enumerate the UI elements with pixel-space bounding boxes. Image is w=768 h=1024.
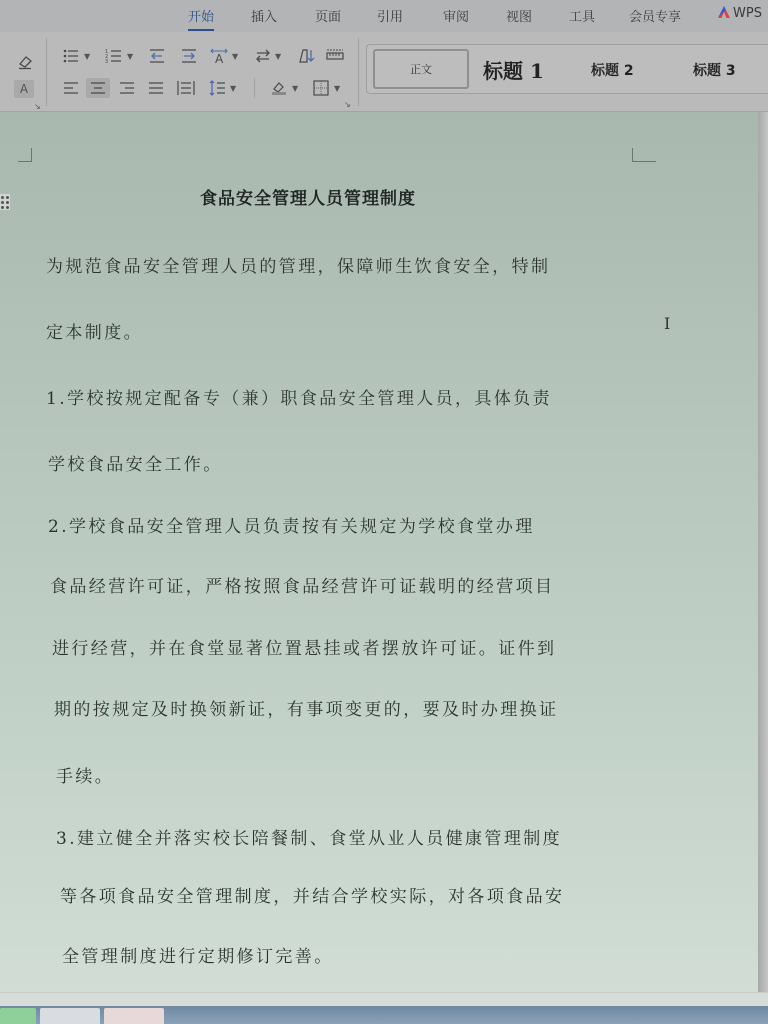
sort-icon [298, 48, 316, 64]
increase-indent-button[interactable] [178, 46, 200, 66]
page-edge-shadow [758, 112, 768, 992]
decrease-indent-button[interactable] [146, 46, 168, 66]
align-center-button[interactable] [86, 78, 110, 98]
justify-button[interactable] [145, 78, 167, 98]
align-justify-icon [147, 80, 165, 96]
style-heading-2[interactable]: 标题 2 [591, 60, 634, 80]
tab-review[interactable]: 审阅 [443, 6, 469, 25]
home-toolbar: A ↘ ▼ 123 ▼ A ▼ ▼ ▼ [0, 32, 768, 112]
document-line: 为规范食品安全管理人员的管理，保障师生饮食安全，特制 [46, 252, 550, 277]
document-line: 进行经营，并在食堂显著位置悬挂或者摆放许可证。证件到 [52, 634, 556, 659]
borders-dropdown-icon[interactable]: ▼ [334, 84, 340, 93]
border-icon [312, 80, 330, 96]
document-line: 学校食品安全工作。 [48, 450, 223, 475]
document-line: 3.建立健全并落实校长陪餐制、食堂从业人员健康管理制度 [56, 824, 562, 849]
distributed-button[interactable] [175, 78, 197, 98]
line-spacing-button[interactable] [206, 78, 228, 98]
character-spacing-dropdown-icon[interactable]: ▼ [232, 52, 238, 61]
font-group-launcher-icon[interactable]: ↘ [34, 102, 41, 111]
numbered-list-icon: 123 [105, 48, 123, 64]
tab-insert[interactable]: 插入 [251, 6, 277, 25]
character-spacing-icon: A [210, 48, 228, 64]
tab-home[interactable]: 开始 [188, 6, 214, 25]
bullets-button[interactable] [60, 46, 82, 66]
paragraph-drag-handle-icon[interactable] [0, 194, 10, 210]
document-title: 食品安全管理人员管理制度 [200, 184, 416, 209]
document-page[interactable]: 食品安全管理人员管理制度 为规范食品安全管理人员的管理，保障师生饮食安全，特制定… [0, 112, 758, 992]
align-right-icon [118, 80, 136, 96]
document-area: 食品安全管理人员管理制度 为规范食品安全管理人员的管理，保障师生饮食安全，特制定… [0, 112, 768, 992]
tab-member[interactable]: 会员专享 [629, 6, 681, 25]
ruler-icon [326, 48, 344, 64]
document-line: 1.学校按规定配备专（兼）职食品安全管理人员，具体负责 [46, 384, 552, 409]
character-shading-button[interactable]: A [14, 80, 34, 98]
align-right-button[interactable] [116, 78, 138, 98]
align-center-icon [89, 80, 107, 96]
paragraph-shading-button[interactable] [268, 78, 290, 98]
paragraph-group-launcher-icon[interactable]: ↘ [344, 100, 351, 109]
bullet-list-icon [62, 48, 80, 64]
tab-wps-label: WPS [733, 6, 762, 21]
taskbar-app-1[interactable] [0, 1008, 36, 1024]
status-bar [0, 992, 768, 1006]
sort-button[interactable] [296, 46, 318, 66]
tab-references[interactable]: 引用 [377, 6, 403, 25]
wps-logo-icon [718, 6, 730, 18]
os-taskbar [0, 1006, 768, 1024]
text-direction-button[interactable] [252, 46, 274, 66]
shading-icon [270, 80, 288, 96]
ribbon-tab-bar: 开始 插入 页面 引用 审阅 视图 工具 会员专享 WPS [0, 0, 768, 32]
style-normal[interactable]: 正文 [373, 49, 469, 89]
borders-button[interactable] [310, 78, 332, 98]
show-ruler-button[interactable] [324, 46, 346, 66]
line-spacing-icon [208, 80, 226, 96]
clear-format-button[interactable] [14, 52, 36, 72]
character-spacing-button[interactable]: A [208, 46, 230, 66]
char-shading-icon: A [20, 82, 28, 96]
document-line: 食品经营许可证，严格按照食品经营许可证载明的经营项目 [50, 572, 554, 597]
tab-page[interactable]: 页面 [315, 6, 341, 25]
text-cursor-icon: I [664, 314, 670, 333]
text-direction-icon [254, 48, 272, 64]
document-line: 定本制度。 [46, 318, 143, 343]
style-heading-1[interactable]: 标题 1 [483, 55, 544, 84]
document-line: 2.学校食品安全管理人员负责按有关规定为学校食堂办理 [48, 512, 535, 537]
shading-dropdown-icon[interactable]: ▼ [292, 84, 298, 93]
document-line: 等各项食品安全管理制度，并结合学校实际，对各项食品安 [60, 882, 564, 907]
line-spacing-dropdown-icon[interactable]: ▼ [230, 84, 236, 93]
svg-text:3: 3 [105, 59, 108, 64]
svg-text:A: A [215, 52, 224, 64]
tab-tools[interactable]: 工具 [569, 6, 595, 25]
align-left-icon [62, 80, 80, 96]
margin-corner-top-left [18, 148, 32, 162]
tab-view[interactable]: 视图 [506, 6, 532, 25]
align-left-button[interactable] [60, 78, 82, 98]
increase-indent-icon [180, 48, 198, 64]
taskbar-app-wps[interactable] [104, 1008, 164, 1024]
tab-wps-ai[interactable]: WPS [718, 6, 762, 21]
toolbar-separator [254, 78, 255, 98]
margin-corner-top-right [632, 148, 656, 162]
group-separator [358, 38, 359, 106]
numbering-dropdown-icon[interactable]: ▼ [127, 52, 133, 61]
taskbar-app-2[interactable] [40, 1008, 100, 1024]
distributed-icon [177, 80, 195, 96]
eraser-icon [16, 54, 34, 70]
document-line: 全管理制度进行定期修订完善。 [62, 942, 334, 967]
document-line: 手续。 [56, 762, 114, 787]
bullets-dropdown-icon[interactable]: ▼ [84, 52, 90, 61]
text-direction-dropdown-icon[interactable]: ▼ [275, 52, 281, 61]
style-heading-3[interactable]: 标题 3 [693, 60, 736, 80]
decrease-indent-icon [148, 48, 166, 64]
document-line: 期的按规定及时换领新证，有事项变更的，要及时办理换证 [54, 695, 558, 720]
group-separator [46, 38, 47, 106]
style-gallery: 正文 标题 1 标题 2 标题 3 [366, 44, 768, 94]
numbering-button[interactable]: 123 [103, 46, 125, 66]
